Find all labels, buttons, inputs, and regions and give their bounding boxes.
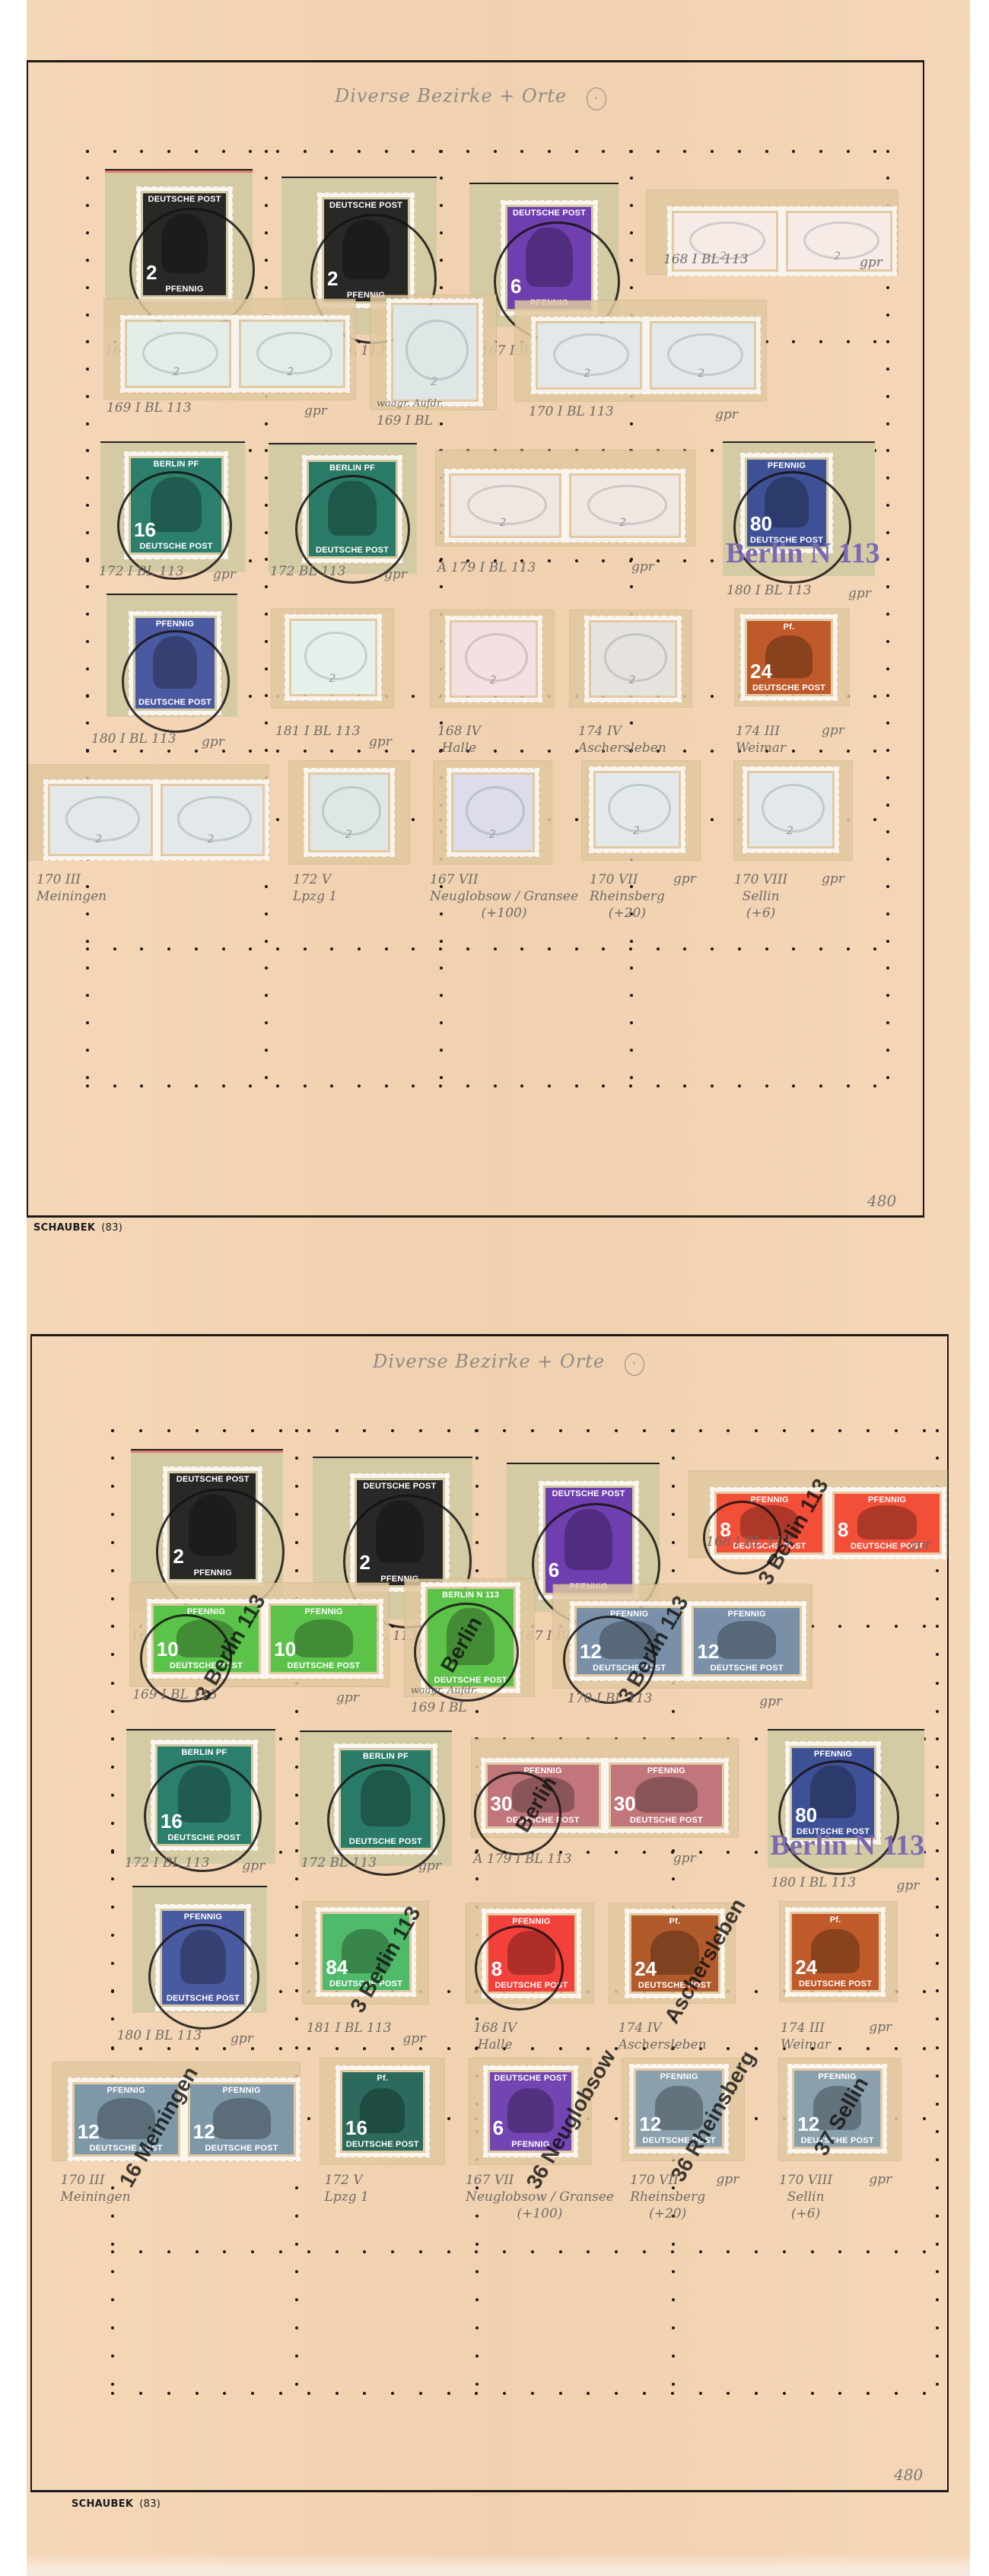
stamp-reverse[interactable]: 2	[121, 316, 235, 392]
worker-figure-icon	[189, 1495, 237, 1555]
worker-figure-icon	[717, 1621, 777, 1659]
grid-dot	[440, 204, 443, 207]
worker-figure-icon	[176, 1619, 236, 1657]
stamp[interactable]: PFENNIGDEUTSCHE POST	[129, 612, 221, 715]
catalog-label: 168 I BL 113	[706, 1533, 791, 1550]
label-prefix: waagr. Aufdr.	[411, 1683, 478, 1699]
stamp-top-text: PFENNIG	[577, 1610, 682, 1619]
grid-dot	[440, 1021, 443, 1024]
label-surcharge: (+20)	[630, 2205, 705, 2222]
grid-dot	[86, 558, 89, 561]
stamp[interactable]: PFENNIGDEUTSCHE POST10	[265, 1600, 383, 1678]
stamp-mount[interactable]: 2	[370, 295, 496, 409]
stamp-reverse[interactable]: 2	[285, 615, 381, 700]
stamp-denomination: 6	[549, 1559, 559, 1582]
stamp-mount[interactable]: PFENNIGDEUTSCHE POST	[132, 1886, 267, 2013]
label-catalog: 172 V	[293, 872, 331, 887]
stamp[interactable]: Pf.DEUTSCHE POST24	[786, 1908, 885, 1995]
stamp-design: PFENNIGDEUTSCHE POST8	[488, 1915, 575, 1991]
stamp-mount[interactable]: Pf.DEUTSCHE POST24Aschersleben	[609, 1903, 735, 2003]
stamp-mount[interactable]: PFENNIGDEUTSCHE POST80Berlin N 113	[723, 441, 875, 576]
grid-dot	[886, 830, 889, 833]
stamp-reverse[interactable]: 2	[387, 299, 482, 406]
stamp-top-text: PFENNIG	[488, 1766, 599, 1775]
grid-dot	[276, 1084, 279, 1087]
grid-dot	[113, 947, 116, 950]
label-place: Meiningen	[60, 2189, 130, 2205]
label-surcharge: (+100)	[466, 2205, 614, 2222]
stamp-reverse[interactable]: 2	[565, 470, 685, 542]
label-grade: gpr	[860, 255, 882, 270]
stamp-denomination: 30	[614, 1792, 636, 1816]
stamp-denomination: 10	[274, 1638, 296, 1661]
grid-dot	[265, 966, 268, 970]
stamp-design: BERLIN PFDEUTSCHE POST	[309, 462, 396, 556]
grid-dot	[86, 177, 89, 180]
grid-dot	[265, 449, 268, 452]
grid-dot	[923, 2392, 926, 2395]
stamp-reverse[interactable]: 2	[532, 317, 646, 393]
grid-dot	[699, 1851, 702, 1854]
catalog-label: 170 IIIMeiningen	[60, 2172, 130, 2205]
worker-figure-icon	[161, 214, 208, 273]
footer-brand: SCHAUBEK	[72, 2498, 133, 2510]
grid-dot	[630, 940, 633, 943]
grid-dot	[847, 150, 850, 153]
grid-dot	[886, 640, 889, 643]
stamp-mount[interactable]: PFENNIGDEUTSCHE POST12PFENNIGDEUTSCHE PO…	[553, 1584, 812, 1688]
catalog-label: 181 I BL 113	[307, 2020, 392, 2036]
catalog-label: 180 I BL 113	[91, 731, 176, 747]
grid-dot	[575, 750, 578, 753]
label-catalog: 170 III	[60, 2173, 104, 2188]
torn-edge	[27, 2553, 970, 2576]
grid-dot	[886, 504, 889, 507]
stamp-design: BERLIN PFDEUTSCHE POST16	[131, 458, 221, 552]
stamp-design: 2	[452, 623, 536, 696]
stamp-bottom-text: PFENNIG	[143, 285, 226, 294]
grid-dot	[886, 912, 889, 915]
stamp[interactable]: BERLIN N 113DEUTSCHE POST	[421, 1583, 520, 1692]
pencil-mark: 2	[787, 825, 793, 837]
stamp-design: PFENNIGDEUTSCHE POST30	[488, 1765, 599, 1827]
stamp[interactable]: BERLIN PFDEUTSCHE POST16	[151, 1740, 257, 1850]
grid-dot	[886, 531, 889, 534]
stamp-mount[interactable]: 2	[582, 761, 700, 860]
grid-dot	[466, 150, 469, 153]
stamp-denomination: 6	[510, 275, 521, 298]
stamp-design: 2	[127, 322, 229, 386]
stamp-design: PFENNIGDEUTSCHE POST12	[794, 2071, 880, 2146]
grid-dot	[672, 1457, 675, 1460]
stamp-top-text: PFENNIG	[75, 2086, 178, 2095]
grid-dot	[447, 2392, 450, 2395]
label-place: Weimar	[781, 2036, 831, 2053]
stamp-mount[interactable]: Pf.DEUTSCHE POST16	[320, 2059, 444, 2164]
faint-cancel-icon	[587, 485, 667, 525]
label-catalog: 180 I BL 113	[91, 731, 176, 747]
stamp-mount[interactable]: 22	[515, 301, 766, 401]
stamp-bottom-text: DEUTSCHE POST	[341, 1837, 431, 1846]
label-place: Halle	[473, 2036, 517, 2053]
grid-dot	[86, 640, 89, 643]
stamp-reverse[interactable]: 2	[445, 470, 565, 542]
grid-dot	[265, 504, 268, 507]
grid-dot	[847, 750, 850, 753]
stamp[interactable]: BERLIN PFDEUTSCHE POST16	[125, 452, 227, 559]
pencil-mark: 2	[208, 833, 215, 845]
grid-dot	[440, 1049, 443, 1052]
stamp-mount[interactable]: Pf.DEUTSCHE POST24	[735, 609, 849, 705]
grid-dot	[672, 2298, 675, 2301]
stamp-mount[interactable]: BERLIN PFDEUTSCHE POST	[300, 1731, 453, 1865]
grid-dot	[86, 314, 89, 317]
stamp-mount[interactable]: 22	[29, 765, 269, 860]
stamp-bottom-text: DEUTSCHE POST	[792, 1979, 879, 1989]
stamp[interactable]: PFENNIGDEUTSCHE POST12	[630, 2065, 728, 2152]
stamp[interactable]: DEUTSCHE POSTPFENNIG2	[351, 1474, 450, 1592]
grid-dot	[335, 2250, 339, 2253]
stamp[interactable]: Pf.DEUTSCHE POST24	[625, 1909, 724, 1997]
stamp[interactable]: PFENNIGDEUTSCHE POST10	[148, 1600, 266, 1678]
stamp-denomination: 80	[750, 512, 772, 536]
grid-dot	[358, 750, 361, 753]
grid-dot	[886, 776, 889, 779]
circle-mark-icon: ·	[625, 1353, 644, 1376]
grid-dot	[559, 2047, 562, 2050]
grid-dot	[494, 1084, 497, 1087]
grid-dot	[811, 1429, 814, 1432]
stamp-design: PFENNIGDEUTSCHE POST	[162, 1911, 244, 2004]
label-grade: gpr	[673, 871, 696, 887]
grid-dot	[86, 966, 89, 970]
stamp-bottom-text: DEUTSCHE POST	[611, 1816, 722, 1825]
stamp-top-text: DEUTSCHE POST	[490, 2074, 572, 2083]
worker-figure-icon	[294, 1619, 354, 1657]
stamp-mount[interactable]: 22	[436, 451, 695, 546]
grid-dot	[86, 1076, 89, 1079]
stamp-design: PFENNIGDEUTSCHE POST12	[190, 2084, 294, 2154]
stamp[interactable]: DEUTSCHE POSTPFENNIG6	[539, 1482, 638, 1600]
grid-dot	[672, 1877, 675, 1880]
worker-figure-icon	[857, 1505, 917, 1539]
stamp[interactable]: PFENNIGDEUTSCHE POST30	[482, 1759, 605, 1833]
stamp-mount[interactable]: Pf.DEUTSCHE POST24	[780, 1902, 898, 2001]
grid-dot	[307, 1429, 310, 1432]
stamp-mount[interactable]: DEUTSCHE POSTPFENNIG636 Neuglobsow	[469, 2059, 591, 2164]
stamp-denomination: 24	[750, 660, 772, 683]
pencil-mark: 2	[698, 368, 704, 380]
stamp-top-text: DEUTSCHE POST	[324, 201, 408, 210]
stamp-reverse[interactable]: 2	[44, 780, 157, 860]
grid-dot	[819, 340, 822, 343]
grid-dot	[559, 1429, 562, 1432]
grid-dot	[886, 368, 889, 371]
grid-dot	[86, 694, 89, 697]
grid-dot	[847, 1084, 850, 1087]
grid-dot	[886, 966, 889, 970]
grid-dot	[265, 231, 268, 234]
pencil-mark: 2	[619, 517, 626, 529]
stamp-mount[interactable]: 2	[272, 609, 393, 708]
stamp[interactable]: PFENNIGDEUTSCHE POST30	[605, 1759, 728, 1833]
stamp-mount[interactable]: PFENNIGDEUTSCHE POST80Berlin N 113	[768, 1729, 924, 1868]
grid-dot	[630, 585, 633, 588]
grid-dot	[307, 2047, 310, 2050]
grid-dot	[886, 749, 889, 752]
stamp-reverse[interactable]: 2	[304, 769, 394, 856]
label-place: Sellin	[779, 2189, 832, 2205]
stamp-mount[interactable]: PFENNIGDEUTSCHE POST12PFENNIGDEUTSCHE PO…	[52, 2062, 299, 2160]
stamp-mount[interactable]: BERLIN PFDEUTSCHE POST16	[126, 1729, 275, 1864]
stamp-mount[interactable]: 2	[434, 761, 552, 864]
stamp[interactable]: PFENNIGDEUTSCHE POST12	[571, 1602, 688, 1680]
grid-dot	[886, 476, 889, 479]
grid-dot	[440, 150, 443, 153]
stamp-mount[interactable]: BERLIN PFDEUTSCHE POST	[269, 443, 417, 574]
stamp-top-text: DEUTSCHE POST	[507, 209, 591, 218]
grid-dot	[358, 947, 361, 950]
grid-dot	[936, 2130, 939, 2133]
stamp-denomination: 12	[193, 2120, 215, 2144]
stamp-mount[interactable]: BERLIN PFDEUTSCHE POST16	[100, 441, 245, 572]
grid-dot	[643, 2392, 646, 2395]
stamp-denomination: 2	[146, 261, 157, 285]
stamp[interactable]: PFENNIGDEUTSCHE POST12	[184, 2078, 300, 2160]
stamp[interactable]: DEUTSCHE POST84	[316, 1908, 415, 1995]
grid-dot	[265, 694, 268, 697]
grid-dot	[936, 2215, 939, 2218]
stamp-bottom-text: DEUTSCHE POST	[488, 1981, 575, 1990]
catalog-label: 167 VIINeuglobsow / Gransee(+100)	[466, 2172, 614, 2222]
pencil-mark: 2	[834, 250, 841, 263]
stamp-bottom-text: DEUTSCHE POST	[75, 2144, 178, 2153]
stamp-top-text: PFENNIG	[717, 1495, 822, 1505]
stamp[interactable]: DEUTSCHE POSTPFENNIG2	[164, 1467, 262, 1585]
worker-figure-icon	[655, 2086, 703, 2130]
stamp-mount[interactable]: 22	[104, 299, 355, 400]
page-2-title: Diverse Bezirke + Orte·	[373, 1351, 644, 1376]
stamp-design: DEUTSCHE POSTPFENNIG2	[324, 199, 408, 301]
grid-dot	[886, 585, 889, 588]
stamp[interactable]: DEUTSCHE POSTPFENNIG2	[137, 187, 232, 301]
faint-cancel-icon	[256, 332, 332, 374]
stamp-mount[interactable]: PFENNIGDEUTSCHE POST1237 Sellin	[779, 2059, 901, 2160]
catalog-label: A 179 I BL 113	[437, 559, 536, 576]
stamp-mount[interactable]: DEUTSCHE POST843 Berlin 113	[303, 1902, 428, 2004]
grid-dot	[531, 1429, 534, 1432]
stamp-design: Pf.DEUTSCHE POST24	[747, 621, 831, 694]
pencil-mark: 2	[584, 368, 590, 380]
stamp-design: PFENNIGDEUTSCHE POST12	[694, 1608, 800, 1674]
grid-dot	[304, 750, 307, 753]
stamp-bottom-text: DEUTSCHE POST	[190, 2144, 294, 2153]
label-grade: gpr	[848, 586, 871, 601]
stamp[interactable]: DEUTSCHE POSTPFENNIG2	[318, 193, 414, 307]
stamp-reverse[interactable]: 2	[646, 317, 760, 393]
stamp-design: 2	[50, 786, 151, 854]
stamp-reverse[interactable]: 2	[157, 780, 269, 860]
grid-dot	[447, 2117, 450, 2120]
stamp-reverse[interactable]: 2	[447, 769, 539, 856]
grid-dot	[819, 1084, 822, 1087]
catalog-label: 168 IVHalle	[473, 2020, 517, 2053]
label-catalog: 170 I BL 113	[568, 1691, 653, 1706]
label-catalog: 172 V	[325, 2173, 363, 2188]
grid-dot	[86, 1084, 89, 1087]
label-place: Weimar	[736, 740, 786, 756]
grid-dot	[630, 204, 633, 207]
grid-dot	[672, 1513, 675, 1516]
grid-dot	[755, 1737, 758, 1740]
label-catalog: 174 IV	[578, 724, 622, 739]
grid-dot	[265, 667, 268, 670]
grid-dot	[86, 749, 89, 752]
stamp[interactable]: PFENNIGDEUTSCHE POST8	[482, 1909, 581, 1997]
grid-dot	[657, 559, 660, 562]
pencil-mark: 2	[490, 674, 497, 686]
label-catalog: 180 I BL 113	[117, 2028, 202, 2043]
grid-dot	[86, 449, 89, 452]
stamp-mount[interactable]: 2	[431, 610, 554, 707]
stamp-reverse[interactable]: 2	[446, 616, 542, 702]
grid-dot	[936, 2074, 939, 2078]
grid-dot	[86, 1021, 89, 1024]
stamp[interactable]: PFENNIGDEUTSCHE POST	[156, 1905, 250, 2011]
stamp-mount[interactable]: PFENNIGDEUTSCHE POST8	[466, 1903, 593, 2003]
pencil-mark: 2	[431, 376, 437, 388]
pencil-mark: 2	[629, 674, 636, 686]
grid-dot	[86, 286, 89, 289]
pencil-mark: 2	[633, 825, 640, 837]
catalog-label: 174 IVAschersleben	[578, 723, 666, 756]
label-grade: gpr	[673, 1851, 696, 1866]
grid-dot	[503, 2392, 506, 2395]
grid-dot	[895, 1429, 898, 1432]
stamp-denomination: 12	[580, 1640, 602, 1664]
worker-figure-icon	[151, 477, 202, 532]
stamp-reverse[interactable]: 2	[235, 316, 349, 392]
worker-figure-icon	[213, 2098, 271, 2138]
grid-dot	[629, 947, 632, 950]
grid-dot	[222, 150, 225, 153]
stamp-mount[interactable]: PFENNIGDEUTSCHE POST30PFENNIGDEUTSCHE PO…	[472, 1739, 738, 1837]
stamp-design: 2	[310, 775, 388, 850]
stamp[interactable]: DEUTSCHE POSTPFENNIG6	[484, 2066, 578, 2156]
grid-dot	[886, 885, 889, 888]
grid-dot	[265, 150, 268, 153]
stamp-top-text: PFENNIG	[694, 1610, 800, 1619]
stamp-denomination: 80	[795, 1804, 817, 1827]
grid-dot	[886, 694, 889, 697]
grid-dot	[440, 286, 443, 289]
pencil-mark: 2	[500, 517, 507, 529]
stamp[interactable]: PFENNIGDEUTSCHE POST12	[688, 1602, 806, 1680]
stamp-top-text: PFENNIG	[271, 1607, 377, 1616]
grid-dot	[765, 1084, 768, 1087]
catalog-label: 167 VIINeuglobsow / Gransee(+100)	[430, 871, 578, 922]
catalog-label: 174 IIIWeimar	[781, 2020, 831, 2053]
stamp-bottom-text: DEUTSCHE POST	[747, 683, 831, 693]
grid-dot	[819, 947, 822, 950]
worker-figure-icon	[765, 635, 813, 678]
label-grade: gpr	[336, 1690, 359, 1705]
stamp[interactable]: PFENNIGDEUTSCHE POST12	[788, 2065, 886, 2152]
grid-dot	[265, 749, 268, 752]
stamp-design: Pf.DEUTSCHE POST16	[342, 2072, 423, 2150]
stamp[interactable]: BERLIN PFDEUTSCHE POST	[335, 1744, 437, 1854]
stamp-denomination: 2	[360, 1551, 370, 1575]
label-grade: gpr	[869, 2172, 892, 2187]
stamp-bottom-text: DEUTSCHE POST	[271, 1661, 377, 1670]
stamp[interactable]: Pf.DEUTSCHE POST24	[741, 615, 837, 700]
stamp[interactable]: BERLIN PFDEUTSCHE POST	[303, 456, 402, 562]
stamp-mount[interactable]: PFENNIGDEUTSCHE POST10PFENNIGDEUTSCHE PO…	[130, 1583, 389, 1686]
grid-dot	[304, 150, 307, 153]
label-catalog: 181 I BL 113	[307, 2020, 392, 2036]
grid-dot	[86, 340, 89, 343]
stamp-mount[interactable]: 2	[570, 610, 692, 707]
stamp-mount[interactable]: PFENNIGDEUTSCHE POST1236 Rheinsberg	[622, 2059, 744, 2160]
grid-dot	[251, 2392, 254, 2395]
stamp[interactable]: PFENNIGDEUTSCHE POST12	[68, 2078, 184, 2160]
stamp-mount[interactable]: BERLIN N 113DEUTSCHE POSTBerlin	[405, 1579, 534, 1697]
catalog-label: 172 I BL 113	[125, 1855, 210, 1871]
stamp-bottom-text: DEUTSCHE POST	[157, 1833, 251, 1842]
stamp-mount[interactable]: 2	[734, 761, 852, 860]
page-title-text: Diverse Bezirke + Orte	[373, 1351, 605, 1372]
grid-dot	[699, 2392, 702, 2395]
grid-dot	[765, 150, 768, 153]
grid-dot	[391, 2392, 394, 2395]
label-grade: gpr	[369, 734, 392, 750]
grid-dot	[847, 340, 850, 343]
faint-cancel-icon	[803, 221, 879, 260]
grid-dot	[936, 2186, 939, 2189]
label-catalog: 172 BL 113	[270, 564, 346, 579]
grid-dot	[279, 2047, 282, 2050]
worker-figure-icon	[328, 481, 377, 536]
faint-cancel-icon	[553, 333, 629, 376]
stamp-reverse[interactable]: 2	[585, 616, 681, 702]
grid-dot	[222, 750, 225, 753]
stamp-mount[interactable]: 2	[289, 761, 409, 864]
stamp[interactable]: DEUTSCHE POSTPFENNIG6	[501, 201, 597, 315]
label-catalog: A 179 I BL 113	[437, 560, 536, 575]
worker-figure-icon	[180, 1930, 226, 1984]
stamp-denomination: 12	[697, 1640, 719, 1664]
grid-dot	[466, 1084, 469, 1087]
label-catalog: 174 IV	[619, 2020, 662, 2036]
grid-dot	[391, 1429, 394, 1432]
grid-dot	[886, 422, 889, 425]
grid-dot	[440, 940, 443, 943]
grid-dot	[139, 2392, 142, 2395]
stamp-bottom-text: DEUTSCHE POST	[342, 2140, 423, 2149]
grid-dot	[738, 1084, 741, 1087]
stamp[interactable]: Pf.DEUTSCHE POST16	[336, 2066, 429, 2156]
stamp-top-text: PFENNIG	[162, 1912, 244, 1922]
stamp-reverse[interactable]: 2	[590, 767, 685, 852]
grid-dot	[630, 259, 633, 262]
grid-dot	[699, 1429, 702, 1432]
grid-dot	[385, 947, 388, 950]
grid-dot	[440, 966, 443, 970]
worker-figure-icon	[342, 1929, 390, 1973]
stamp-reverse[interactable]: 2	[743, 767, 838, 852]
grid-dot	[886, 558, 889, 561]
stamp-mount[interactable]: PFENNIGDEUTSCHE POST	[107, 594, 237, 717]
